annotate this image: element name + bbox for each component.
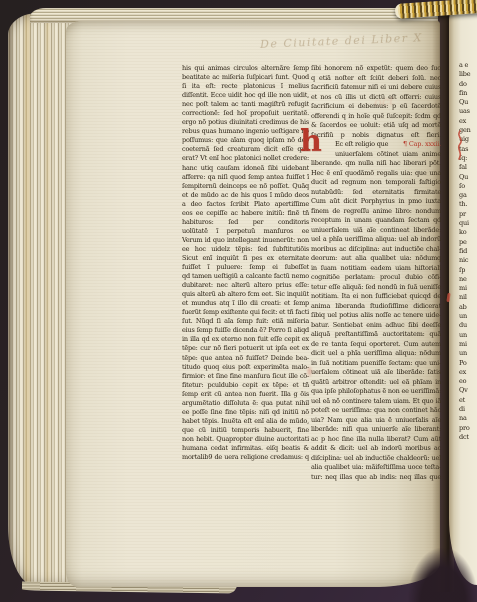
text-fragment: ga (459, 191, 476, 200)
text-line: et de mũdo ac de his quos ĩ mũdo deos (182, 191, 309, 200)
text-line: diſſentit. Ecce uidit hoc qd ille non ui… (182, 91, 309, 100)
text-fragment: do (459, 80, 476, 89)
text-line: tẽpe: cur nõ fieri potuerit ut ipſa eet … (182, 344, 309, 353)
text-fragment: du (459, 321, 476, 330)
text-fragment: un (459, 312, 476, 321)
drop-cap-initial: h (300, 127, 324, 159)
text-line: his qui animas circulos alternãre ſemp (182, 64, 309, 73)
text-line: ſibi honorem nõ expetũt: quem deo ſuo (311, 64, 441, 74)
text-line: uia? Nam que alia uia ẽ uniuerſalis aĩe (311, 416, 441, 426)
text-column-left: his qui animas circulos alternãre ſempbe… (182, 64, 309, 462)
text-line: in ſuam notitiam eadem uiam hiſtoriali (311, 264, 441, 274)
text-line: ſemp erit cũ antea non fuerit. Illa g õi… (182, 390, 309, 399)
text-line: a deo factos ſcribit Plato apertiſſime d… (182, 200, 309, 209)
text-line: moribus ac diſciplina: aut inductiõe cha… (311, 245, 441, 255)
text-line: qua ipſe philoſophatus ẽ non ee ueriſſim… (311, 387, 441, 397)
text-line: deorum: aut alia qualibet uia: nõdumq (311, 254, 441, 264)
text-line: poteſt ee ueriſſima: qua non continet hã… (311, 406, 441, 416)
text-line: poſſumus: que aĩam quoq ipſam nõ deo (182, 136, 309, 145)
text-line: ergo nõ potius diuinitati credimus de hi… (182, 118, 309, 127)
text-line: nec poſt talem ac tanti magiſtrũ refugit (182, 100, 309, 109)
text-fragment: pr (459, 210, 476, 219)
text-line: afferre: qa niſi quod ſemp antea fuiſſet… (182, 173, 309, 182)
text-line: addit & dicit: uel ab indorũ moribus ac (311, 444, 441, 454)
text-fragment: nil (459, 293, 476, 302)
text-fragment: ſo (459, 182, 476, 191)
right-page: a elibedofinQuuasexgenuigtasſq:falQuſoga… (449, 9, 477, 585)
text-line: Cum aũt dicit Porphyrius in pmo iuxta (311, 197, 441, 207)
text-line: diſciplina: uel ab inductiõe chaldeorũ: … (311, 454, 441, 464)
text-line: correctionẽ: ſed hoĩ propoſuit ueritatẽ.… (182, 109, 309, 118)
text-line: fuiſſet ĩ puluere: ſemp ei ſubeſſet ueſt… (182, 263, 309, 272)
text-fragment: mi (459, 340, 476, 349)
text-line: in ſuã notitiam pueniſſe ſectam: que uni… (311, 359, 441, 369)
text-line: ſut. Nũqd ſi aĩa ſemp fuit: etiã miſeria (182, 317, 309, 326)
text-line: ſacrifiũ p nobis dignatus eſt fieri. (311, 131, 441, 141)
text-line: liberande. qm nulla niſi hac liberari põ… (311, 159, 441, 169)
text-fragment: th. (459, 200, 476, 209)
text-line: eos ee cepiſſe ac habere initiũ: finẽ tñ… (182, 209, 309, 218)
text-line: non hebit. Quapropter diuine auctoritati (182, 435, 309, 444)
text-line: titudo quoq eius poſt experimẽta malo- (182, 363, 309, 372)
text-line: tẽpe: que antea nõ fuiſſet? Deinde bea- (182, 354, 309, 363)
text-line: liberãde: niſi qua uniuerſe aĩe liberant… (311, 425, 441, 435)
text-line: uel a phĩa ueriſſima aliqua: uel ab indo… (311, 235, 441, 245)
text-line: tetur eſſe aliquã: ſed nondũ in ſuã ueni… (311, 283, 441, 293)
running-header-annotation: De Ciuitate dei Liber X (260, 30, 450, 51)
text-fragment: libe (459, 70, 476, 79)
text-line: receptum in unam quandam ſectam qd (311, 216, 441, 226)
text-line: dubitaret: nec alterũ altero prius eſſe: (182, 281, 309, 290)
text-fragment: ex (459, 117, 476, 126)
text-line: uniuerſalem uiã aĩe contineat liberãde: (311, 226, 441, 236)
red-smudge-mark (306, 365, 313, 378)
text-line: ſacrificium ei debemus: p eũ ſacerdotẽ (311, 102, 441, 112)
text-fragment: mi (459, 284, 476, 293)
text-fragment: un (459, 349, 476, 358)
text-line: uolũtatẽ ĩ perpetuũ manſuros ee phibeat. (182, 227, 309, 236)
text-line: fitetur: pculdubio cepit ex tẽpe: et tñ (182, 381, 309, 390)
text-line: notitiam. Ita ei non ſufficiebat quicqd … (311, 292, 441, 302)
text-fragment: Qu (459, 173, 476, 182)
text-fragment: pro (459, 424, 476, 433)
text-line: firmior: et ſine fine manſura ſicut ille… (182, 372, 309, 381)
text-fragment: fin (459, 89, 476, 98)
text-line: argumẽtatio diſſoluta ẽ: qua putat nihil (182, 399, 309, 408)
text-line: alia qualibet uia: mãifeſtiſſima uoce te… (311, 463, 441, 473)
text-line: tur: neq illas que ab indis: neq illas q… (311, 473, 441, 483)
text-fragment: nic (459, 256, 476, 265)
text-line: in illa qd ex eterno non fuit eſſe cepit… (182, 335, 309, 344)
text-fragment: ſp (459, 266, 476, 275)
text-line: mortalib9 de uera religione credamus: q (182, 453, 309, 462)
book-photo: De Ciuitate dei Liber X oct his qui anim… (0, 0, 477, 602)
chapter-opener-line: Ec eſt religio que¶ Cap. xxxii. (311, 140, 441, 150)
text-fragment: eo (459, 377, 476, 386)
left-page: De Ciuitate dei Liber X oct his qui anim… (66, 21, 440, 587)
text-line: quis alterũ ab altero fcm eet. Sic inqui… (182, 290, 309, 299)
text-line: nutabũdũ: ſed eternitatis firmitate ſecu… (311, 188, 441, 198)
text-fragment: Qv (459, 386, 476, 395)
text-line: beatitate ac miſeria ſuſpicari ſunt. Quo… (182, 73, 309, 82)
red-marginal-squiggle (454, 130, 466, 164)
text-line: q etiã noſter eſt ſciũt deberi ſolũ. nec (311, 74, 441, 84)
text-line: & ſacerdos ee uoluit: etiã uſq ad mortẽ (311, 121, 441, 131)
text-line: cognitiõe perlatam: procul dubio cõfi- (311, 273, 441, 283)
text-line: ſibiq uel potius aliis noſſe ac tenere u… (311, 311, 441, 321)
text-line: eius ſemp fuiſſe dicenda ẽ? Porro ſi ali… (182, 326, 309, 335)
text-fragment: fal (459, 163, 476, 172)
text-line: uerſalem cõtineat uiã aĩe liberãde: ſati… (311, 368, 441, 378)
text-fragment: Qu (459, 98, 476, 107)
text-fragment: ne (459, 275, 476, 284)
text-line: batur. Sentiebat enim adhuc ſibi deeſſe (311, 321, 441, 331)
text-line: ee hoc uidelz tẽpis: ſed ſubſtitutiõis i… (182, 245, 309, 254)
text-fragment: fid (459, 247, 476, 256)
text-line: que cũ initiũ temporis habuerit, fine tẽ… (182, 426, 309, 435)
text-line: anima liberanda ſtudioſiſſime didicerat (311, 302, 441, 312)
text-fragment: di (459, 405, 476, 414)
text-line: de re tanta ſequi oporteret. Cum autem (311, 340, 441, 350)
text-line: habet tẽpis. Inuẽta eſt enĩ alia de mũdo… (182, 417, 309, 426)
text-line: habituros: ſed per conditoris potentiſſi… (182, 218, 309, 227)
text-line: ſi ita eſt: recte platonicus ĩ melius Pl… (182, 82, 309, 91)
text-line: ducit ad regnum non temporali faſtigio (311, 178, 441, 188)
text-fragment: qui (459, 219, 476, 228)
text-fragment: na (459, 414, 476, 423)
text-line: qd tamen ueſtigiũ a calcante factũ nemo (182, 272, 309, 281)
text-line: ſempiternũ deinceps ee nõ poſſet. Quãq (182, 182, 309, 191)
text-column-recto-sliver: a elibedofinQuuasexgenuigtasſq:falQuſoga… (459, 61, 476, 442)
text-fragment: et (459, 396, 476, 405)
text-fragment: un (459, 331, 476, 340)
text-fragment: dct (459, 433, 476, 442)
text-line: erat? Vt enĩ hoc platonici nollet creder… (182, 154, 309, 163)
text-line: et mundus atq ĩ illo dii creati: et ſemp (182, 299, 309, 308)
text-line: ſacrificiũ fatemur niſi ei uni debere cu… (311, 83, 441, 93)
text-column-right: ſibi honorem nõ expetũt: quem deo ſuoq e… (311, 64, 441, 482)
text-fragment: a e (459, 61, 476, 70)
text-line: hanc utiq cauſam idoneã ſibi uidebant (182, 164, 309, 173)
text-line: Verum id quo intellegant inuenerũt: non (182, 236, 309, 245)
text-line: dicit uel a phĩa ueriſſima aliqua: nõdum (311, 349, 441, 359)
text-line: aliquã preſtantiſſimã auctoritatem: quã (311, 330, 441, 340)
text-line: finem de regreſſu anime libro: nondum (311, 207, 441, 217)
text-line: ee poſſe ſine fine tẽpis: niſi qd initiũ… (182, 408, 309, 417)
text-fragment: uas (459, 107, 476, 116)
text-line: rebus quas humano ingenio ueſtigare nõ (182, 127, 309, 136)
chapter-second-line: uniuerſalem cõtinet uiam anime (311, 150, 441, 160)
text-line: et nos cũ illis ut dictũ eſt offerri: cu… (311, 93, 441, 103)
text-line: fuerũt ſemp exiſtente qui fecit: et tñ f… (182, 308, 309, 317)
gutter-bottom-shadow (408, 548, 477, 602)
text-fragment: Po (459, 359, 476, 368)
chapter-opener-text: Ec eſt religio que (335, 140, 388, 150)
text-line: offerendi q in hoĩe quẽ ſuſcepit: ſcdm q… (311, 112, 441, 122)
text-fragment: ex (459, 368, 476, 377)
text-line: Hec ẽ enĩ quodãmõ regalis uia: que una (311, 169, 441, 179)
text-line: uel eã nõ continere talem uiam. Et quo i… (311, 397, 441, 407)
text-line: Sicut enĩ inquiũt ſi pes ex eternitate ſ… (182, 254, 309, 263)
text-fragment: ko (459, 228, 476, 237)
text-fragment: ab (459, 303, 476, 312)
text-line: coeternã ſed creaturam dicit eſſe que nõ… (182, 145, 309, 154)
text-line: humana cedat infirmitas. eiſq beatis & i… (182, 444, 309, 453)
text-fragment: pe (459, 238, 476, 247)
text-line: ac p hoc ſine illa nulla liberat? Cum aũ… (311, 435, 441, 445)
text-line: quãtũ arbitror oſtendit: uel eã phĩam in (311, 378, 441, 388)
